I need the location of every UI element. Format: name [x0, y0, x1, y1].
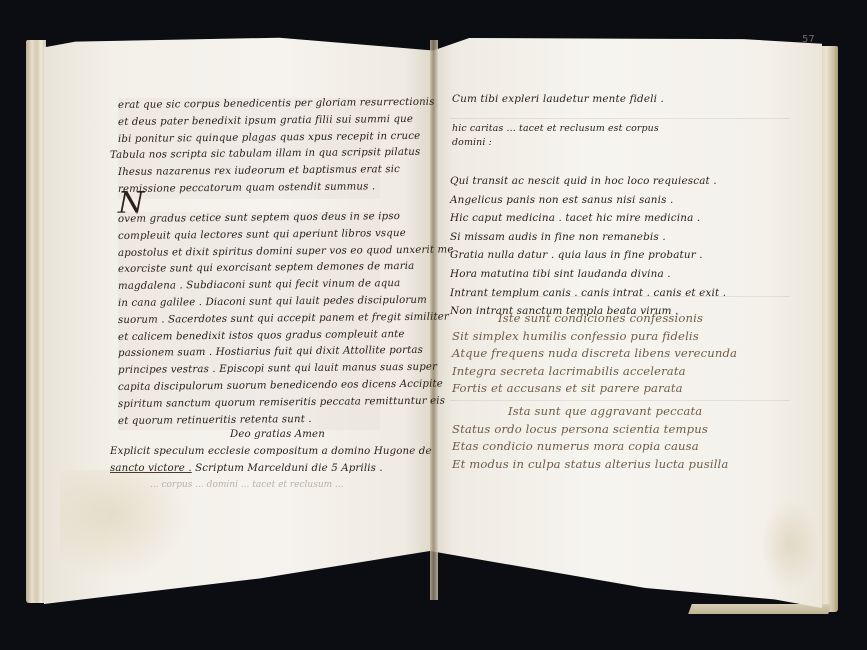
section-heading: Iste sunt condiciones confessionis — [452, 310, 737, 328]
ruling-line — [450, 400, 790, 401]
text-line: Integra secreta lacrimabilis accelerata — [452, 363, 737, 381]
text-line: Gratia nulla datur . quia laus in fine p… — [450, 246, 726, 265]
text-line: remissione peccatorum quam ostendit summ… — [118, 179, 380, 199]
open-manuscript: 57 erat que sic corpus benedicentis per … — [0, 0, 867, 650]
show-through-text: ... corpus ... domini ... tacet et reclu… — [150, 480, 344, 490]
text-line: et deus pater benedixit ipsum gratia fil… — [118, 112, 380, 132]
author-name: sancto victore . — [110, 463, 192, 474]
text-line: Intrant templum canis . canis intrat . c… — [450, 284, 726, 303]
folio-number: 57 — [802, 34, 815, 45]
water-stain — [760, 500, 820, 590]
left-page-fore-edge — [26, 40, 46, 603]
colophon: Deo gratias Amen Explicit speculum eccle… — [110, 426, 400, 477]
text-line: Hic caput medicina . tacet hic mire medi… — [450, 209, 726, 228]
text-line: spiritum sanctum quorum remiseritis pecc… — [118, 394, 380, 414]
deo-gratias-line: Deo gratias Amen — [110, 426, 400, 443]
text-line: Fortis et accusans et sit parere parata — [452, 380, 737, 398]
section-heading: Ista sunt que aggravant peccata — [452, 403, 728, 421]
text-line: hic caritas ... tacet et reclusum est co… — [452, 122, 659, 136]
circumstantiae-peccati: Ista sunt que aggravant peccata Status o… — [452, 403, 728, 473]
text-line: Et modus in culpa status alterius lucta … — [452, 456, 728, 474]
verse-block: Qui transit ac nescit quid in hoc loco r… — [450, 172, 726, 321]
right-page-verses: Cum tibi expleri laudetur mente fideli . — [452, 90, 664, 109]
text-line: Cum tibi expleri laudetur mente fideli . — [452, 90, 664, 109]
epitaph: hic caritas ... tacet et reclusum est co… — [452, 122, 659, 150]
text-line: Status ordo locus persona scientia tempu… — [452, 421, 728, 439]
text-line: Si missam audis in fine non remanebis . — [450, 228, 726, 247]
text-line: Etas condicio numerus mora copia causa — [452, 438, 728, 456]
left-page-paragraph: ovem gradus cetice sunt septem quos deus… — [118, 212, 380, 430]
explicit-line: Explicit speculum ecclesie compositum a … — [110, 443, 400, 460]
text-line: Sit simplex humilis confessio pura fidel… — [452, 328, 737, 346]
text-line: compleuit quia lectores sunt qui aperiun… — [118, 226, 380, 246]
text-line: domini : — [452, 136, 659, 150]
scribe-note: Scriptum Marcelduni die 5 Aprilis . — [195, 463, 383, 474]
left-page-opening-text: erat que sic corpus benedicentis per glo… — [118, 98, 380, 199]
text-line: Atque frequens nuda discreta libens vere… — [452, 345, 737, 363]
conditiones-confessionis: Iste sunt condiciones confessionis Sit s… — [452, 310, 737, 398]
ruling-line — [450, 118, 790, 119]
text-line: suorum . Sacerdotes sunt qui accepit pan… — [118, 310, 380, 330]
text-line: Qui transit ac nescit quid in hoc loco r… — [450, 172, 726, 191]
text-line: Hora matutina tibi sint laudanda divina … — [450, 265, 726, 284]
explicit-line: sancto victore . Scriptum Marcelduni die… — [110, 460, 400, 477]
text-line: Angelicus panis non est sanus nisi sanis… — [450, 191, 726, 210]
